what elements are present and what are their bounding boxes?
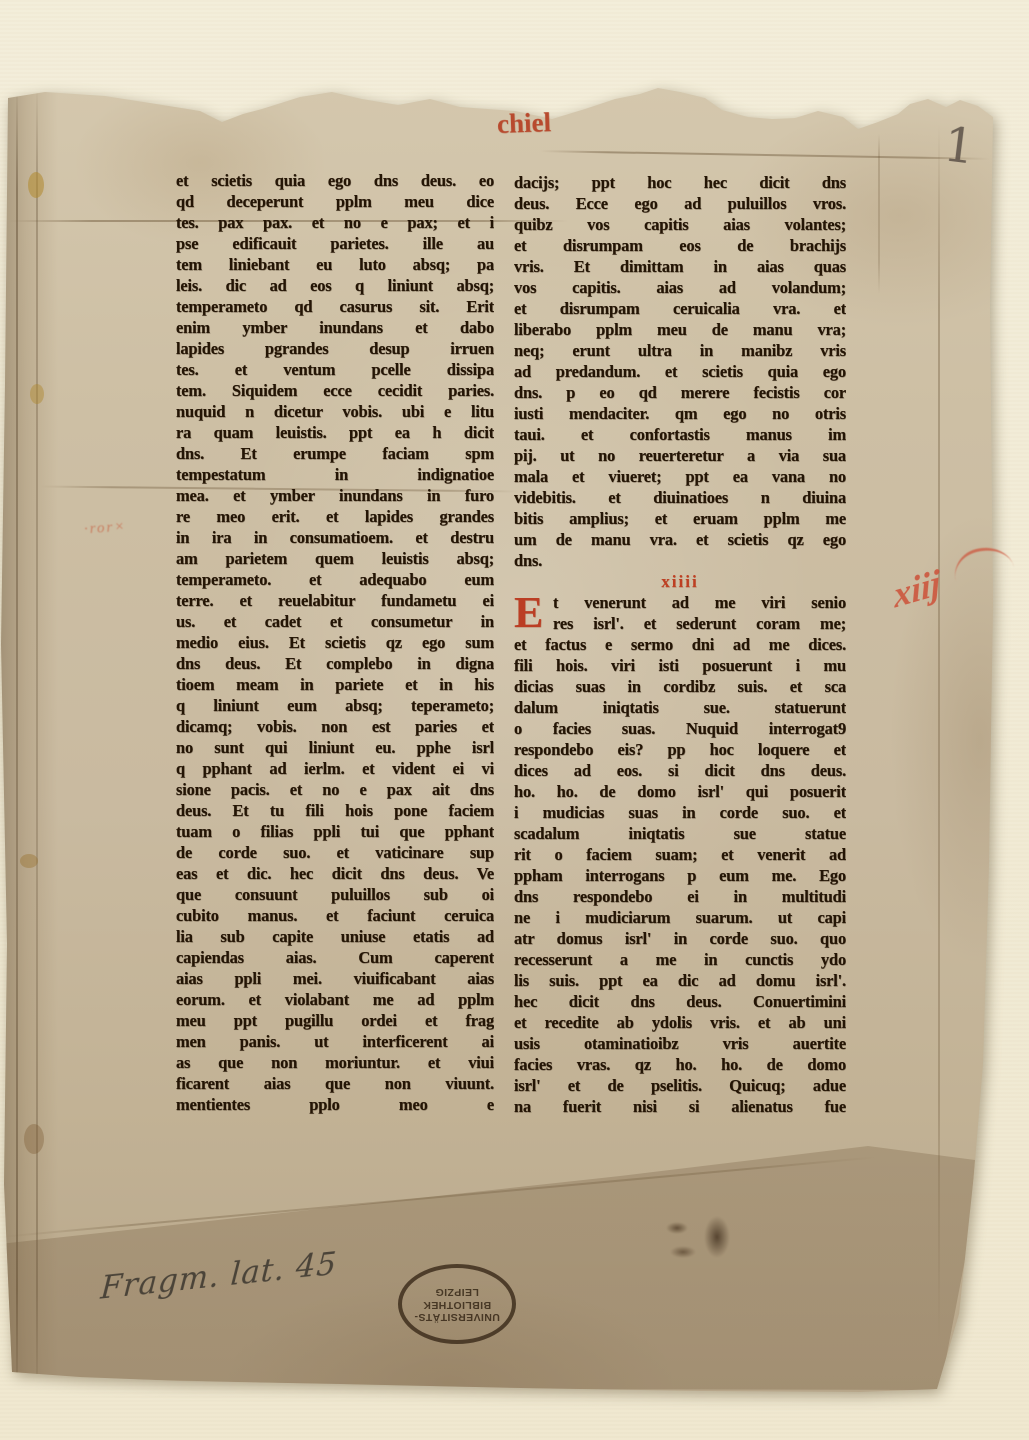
- running-title: chiel: [496, 107, 551, 140]
- text-line: dns deus. Et complebo in digna: [176, 653, 494, 674]
- text-line: ho. ho. de domo isrl' qui posuerit: [514, 781, 846, 802]
- crease-line: [878, 134, 880, 294]
- stamp-text: UNIVERSITÄTS-: [414, 1311, 500, 1323]
- text-line: pij. ut no reuerteretur a via sua: [514, 445, 846, 466]
- text-line: rit o faciem suam; et venerit ad: [514, 844, 846, 865]
- text-line: tem liniebant eu luto absq; pa: [176, 254, 494, 275]
- text-line: no sunt qui liniunt eu. pphe isrl: [176, 737, 494, 758]
- chapter-block: E t venerunt ad me viri seniores isrl'. …: [514, 592, 846, 1117]
- text-line: liberabo pplm meu de manu vra;: [514, 319, 846, 340]
- text-line: enim ymber inundans et dabo: [176, 317, 494, 338]
- text-line: pse edificauit parietes. ille au: [176, 233, 494, 254]
- text-line: qd deceperunt pplm meu dice: [176, 191, 494, 212]
- text-line: temperameto. et adequabo eum: [176, 569, 494, 590]
- text-line: us. et cadet et consumetur in: [176, 611, 494, 632]
- text-line: dns.: [514, 550, 846, 571]
- text-line: na fuerit nisi si alienatus fue: [514, 1096, 846, 1117]
- text-line: vos capitis. aias ad volandum;: [514, 277, 846, 298]
- text-line: nuquid n dicetur vobis. ubi e litu: [176, 401, 494, 422]
- text-line: lia sub capite uniuse etatis ad: [176, 926, 494, 947]
- ochre-stain: [28, 172, 44, 198]
- text-line: i mudicias suas in corde suo. et: [514, 802, 846, 823]
- text-line: mala et viueret; ppt ea vana no: [514, 466, 846, 487]
- text-line: deus. Et tu fili hois pone faciem: [176, 800, 494, 821]
- ink-smudge: [670, 1246, 696, 1258]
- text-line: respondebo eis? pp hoc loquere et: [514, 739, 846, 760]
- text-line: capiendas aias. Cum caperent: [176, 947, 494, 968]
- text-line: eorum. et violabant me ad pplm: [176, 989, 494, 1010]
- stamp-text: LEIPZIG: [435, 1286, 479, 1298]
- text-line: ne i mudiciarum suarum. ut capi: [514, 907, 846, 928]
- text-line: isrl' et de pselitis. Quicuq; adue: [514, 1075, 846, 1096]
- photograph-of-manuscript: { "page": { "running_title": "chiel", "f…: [0, 0, 1029, 1440]
- text-line: et factus e sermo dni ad me dices.: [514, 634, 846, 655]
- text-line: sione pacis. et no e pax ait dns: [176, 779, 494, 800]
- text-line: lapides pgrandes desup irruen: [176, 338, 494, 359]
- text-line: medio eius. Et scietis qz ego sum: [176, 632, 494, 653]
- text-line: et recedite ab ydolis vris. et ab uni: [514, 1012, 846, 1033]
- text-line: re meo erit. et lapides grandes: [176, 506, 494, 527]
- ochre-stain: [30, 384, 44, 404]
- text-line: q pphant ad ierlm. et vident ei vi: [176, 758, 494, 779]
- text-line: de corde suo. et vaticinare sup: [176, 842, 494, 863]
- text-line: et disrumpam ceruicalia vra. et: [514, 298, 846, 319]
- margin-note-left: ·ror×: [83, 519, 127, 539]
- ochre-stain: [20, 854, 38, 868]
- stamp-oval-border: UNIVERSITÄTS- BIBLIOTHEK LEIPZIG: [398, 1264, 516, 1344]
- text-line: dicias suas in cordibz suis. et sca: [514, 676, 846, 697]
- text-line: mea. et ymber inundans in furo: [176, 485, 494, 506]
- text-line: dns. p eo qd merere fecistis cor: [514, 382, 846, 403]
- text-line: dns respondebo ei in multitudi: [514, 886, 846, 907]
- text-line: tuam o filias ppli tui que pphant: [176, 821, 494, 842]
- text-after-chapter: t venerunt ad me viri seniores isrl'. et…: [514, 592, 846, 1117]
- text-line: ppham interrogans p eum me. Ego: [514, 865, 846, 886]
- text-line: cubito manus. et faciunt ceruica: [176, 905, 494, 926]
- text-line: ra quam leuistis. ppt ea h dicit: [176, 422, 494, 443]
- spine-crease: [16, 84, 18, 1396]
- text-line: um de manu vra. et scietis qz ego: [514, 529, 846, 550]
- text-line: dns. Et erumpe faciam spm: [176, 443, 494, 464]
- text-line: aias ppli mei. viuificabant aias: [176, 968, 494, 989]
- ink-smudge: [704, 1216, 730, 1258]
- brown-stain: [24, 1124, 44, 1154]
- text-line: men panis. ut interficerent ai: [176, 1031, 494, 1052]
- text-line: et scietis quia ego dns deus. eo: [176, 170, 494, 191]
- text-line: fili hois. viri isti posuerunt i mu: [514, 655, 846, 676]
- text-line: in ira in consumatioem. et destru: [176, 527, 494, 548]
- text-line: bitis amplius; et eruam pplm me: [514, 508, 846, 529]
- text-line: dacijs; ppt hoc hec dicit dns: [514, 172, 846, 193]
- text-line: atr domus isrl' in corde suo. quo: [514, 928, 846, 949]
- text-before-chapter: dacijs; ppt hoc hec dicit dnsdeus. Ecce …: [514, 172, 846, 571]
- text-line: tes. pax pax. et no e pax; et i: [176, 212, 494, 233]
- text-line: scadalum iniqtatis sue statue: [514, 823, 846, 844]
- text-line: que consuunt puluillos sub oi: [176, 884, 494, 905]
- chapter-numeral: xiiii: [514, 571, 846, 592]
- text-line: videbitis. et diuinatioes n diuina: [514, 487, 846, 508]
- text-column-right: dacijs; ppt hoc hec dicit dnsdeus. Ecce …: [514, 172, 846, 1117]
- text-line: am parietem quem leuistis absq;: [176, 548, 494, 569]
- text-line: usis otaminatioibz vris auertite: [514, 1033, 846, 1054]
- text-line: as que non moriuntur. et viui: [176, 1052, 494, 1073]
- text-line: t venerunt ad me viri senio: [553, 592, 846, 613]
- text-line: dices ad eos. si dicit dns deus.: [514, 760, 846, 781]
- text-line: tioem meam in pariete et in his: [176, 674, 494, 695]
- crease-line: [540, 150, 990, 160]
- stamp-text: BIBLIOTHEK: [423, 1298, 491, 1310]
- turn-in-fold: [0, 84, 1000, 1396]
- text-line: quibz vos capitis aias volantes;: [514, 214, 846, 235]
- library-stamp: UNIVERSITÄTS- BIBLIOTHEK LEIPZIG: [396, 1262, 518, 1346]
- ink-smudge: [666, 1222, 688, 1234]
- text-line: iusti mendaciter. qm ego no otris: [514, 403, 846, 424]
- text-line: tes. et ventum pcelle dissipa: [176, 359, 494, 380]
- text-line: res isrl'. et sederunt coram me;: [553, 613, 846, 634]
- text-line: neq; erunt ultra in manibz vris: [514, 340, 846, 361]
- parchment-surface: [0, 84, 1000, 1396]
- text-line: dicamq; vobis. non est paries et: [176, 716, 494, 737]
- text-line: dalum iniqtatis sue. statuerunt: [514, 697, 846, 718]
- text-column-left: et scietis quia ego dns deus. eoqd decep…: [176, 170, 494, 1115]
- text-line: temperameto qd casurus sit. Erit: [176, 296, 494, 317]
- text-line: q liniunt eum absq; teperameto;: [176, 695, 494, 716]
- text-line: hec dicit dns deus. Conuertimini: [514, 991, 846, 1012]
- text-line: tem. Siquidem ecce cecidit paries.: [176, 380, 494, 401]
- text-line: lis suis. ppt ea dic ad domu isrl'.: [514, 970, 846, 991]
- text-line: vris. Et dimittam in aias quas: [514, 256, 846, 277]
- text-line: eas et dic. hec dicit dns deus. Ve: [176, 863, 494, 884]
- binding-edge: [0, 84, 58, 1396]
- parchment-leaf: [0, 84, 1000, 1396]
- text-line: tempestatum in indignatioe: [176, 464, 494, 485]
- text-line: leis. dic ad eos q liniunt absq;: [176, 275, 494, 296]
- text-line: et disrumpam eos de brachijs: [514, 235, 846, 256]
- text-line: ficarent aias que non viuunt.: [176, 1073, 494, 1094]
- text-line: meu ppt pugillu ordei et frag: [176, 1010, 494, 1031]
- chapter-initial: E: [514, 594, 548, 632]
- text-line: taui. et confortastis manus im: [514, 424, 846, 445]
- spine-crease: [36, 84, 38, 1396]
- text-line: facies vras. qz ho. ho. de domo: [514, 1054, 846, 1075]
- text-line: recesserunt a me in cunctis ydo: [514, 949, 846, 970]
- text-line: ad predandum. et scietis quia ego: [514, 361, 846, 382]
- text-line: mentientes pplo meo e: [176, 1094, 494, 1115]
- text-line: o facies suas. Nuquid interrogat9: [514, 718, 846, 739]
- text-line: deus. Ecce ego ad puluillos vros.: [514, 193, 846, 214]
- text-line: terre. et reuelabitur fundametu ei: [176, 590, 494, 611]
